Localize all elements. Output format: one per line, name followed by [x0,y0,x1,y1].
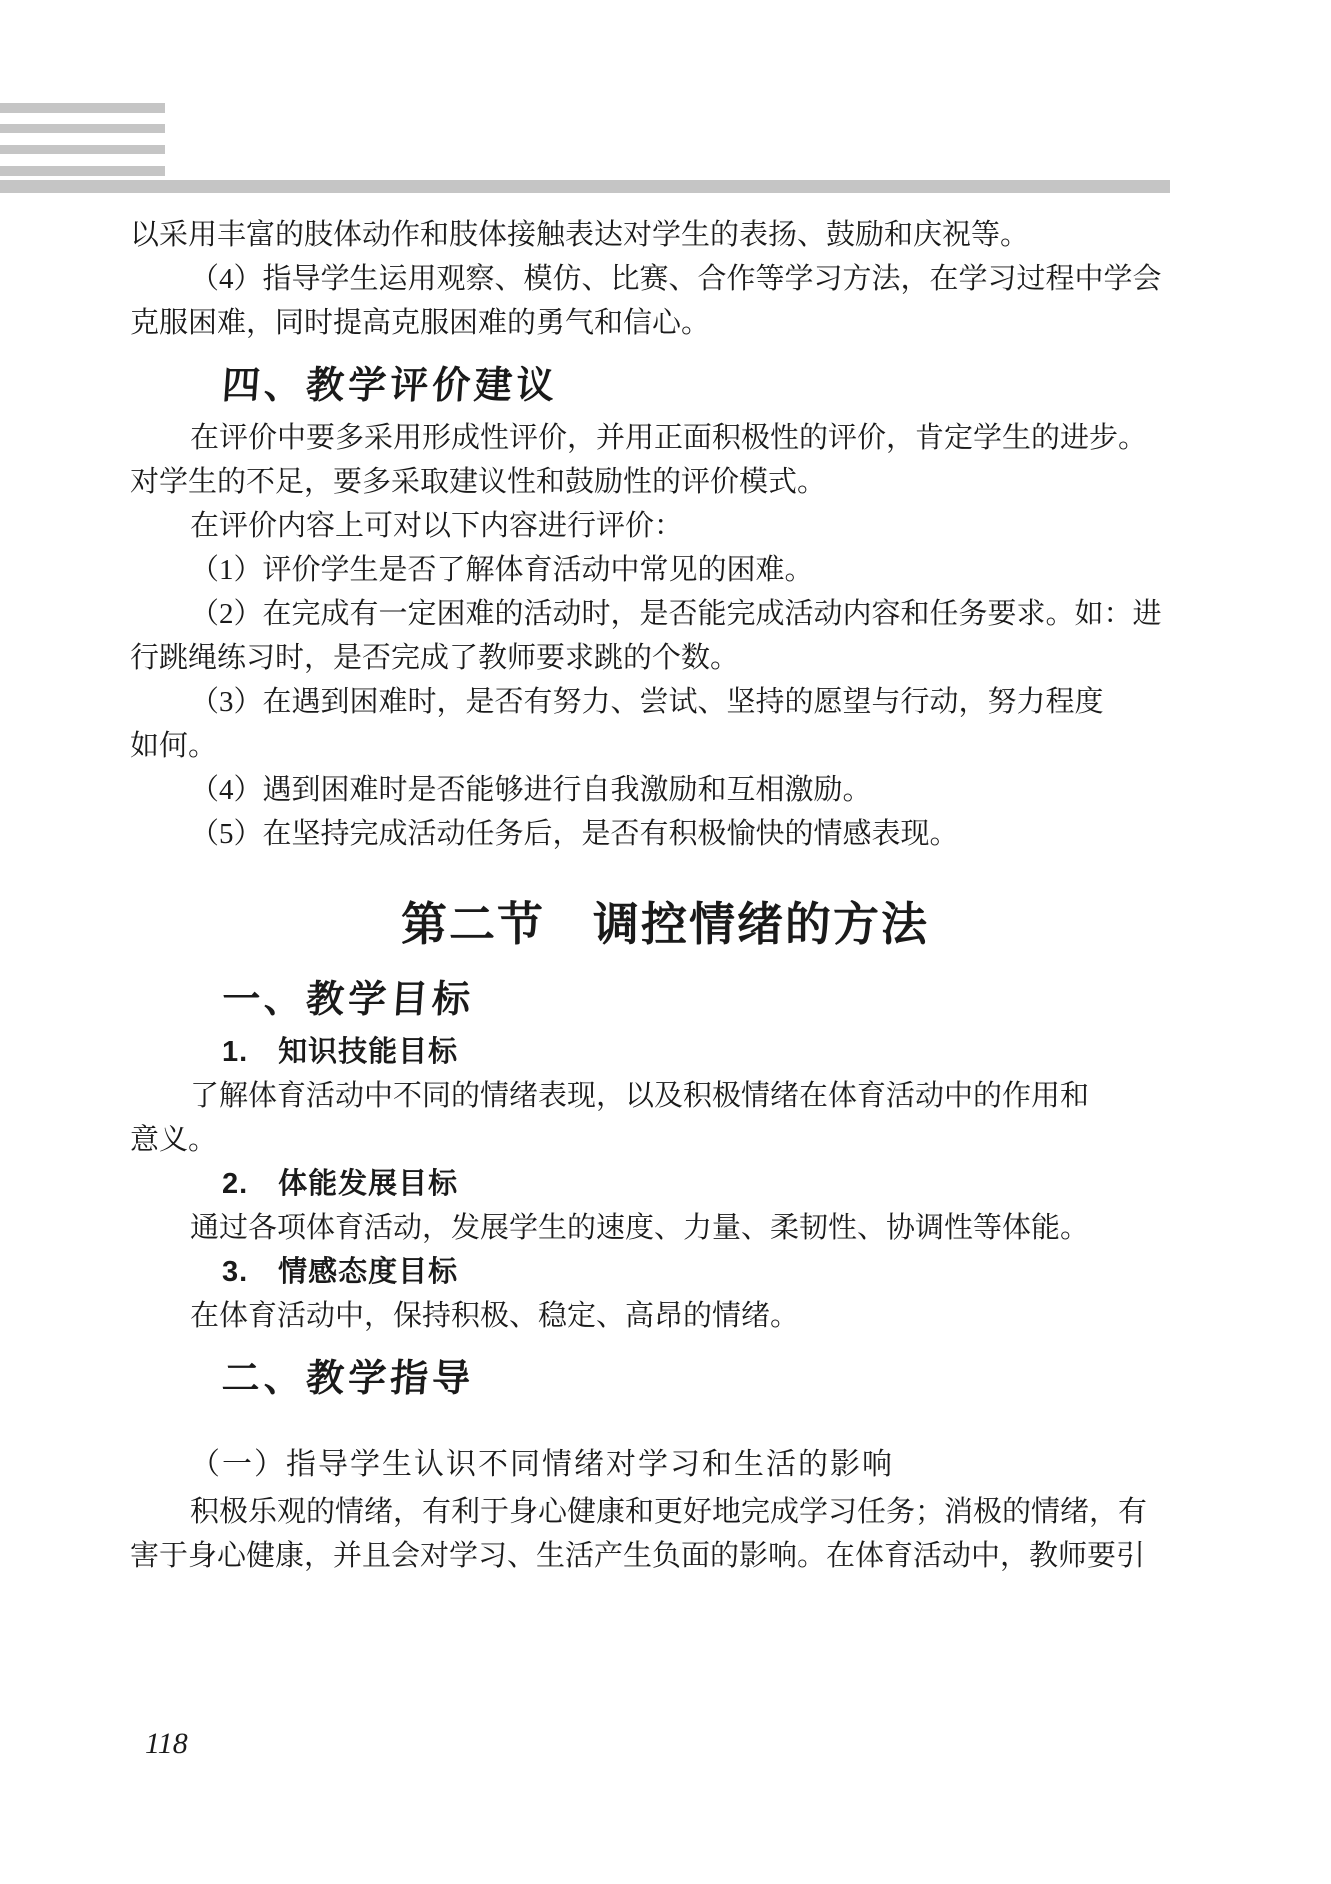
decoration-bar-3 [0,145,165,154]
document-page: 以采用丰富的肢体动作和肢体接触表达对学生的表扬、鼓励和庆祝等。 （4）指导学生运… [0,0,1331,1884]
guidance-paragraph: 积极乐观的情绪，有利于身心健康和更好地完成学习任务；消极的情绪，有 害于身心健康… [130,1490,1200,1578]
eval-paragraph-1: 在评价中要多采用形成性评价，并用正面积极性的评价，肯定学生的进步。 对学生的不足… [130,416,1200,504]
decoration-bar-2 [0,124,165,133]
decoration-bar-1 [0,103,165,113]
decoration-bar-long [0,180,1170,193]
page-content: 以采用丰富的肢体动作和肢体接触表达对学生的表扬、鼓励和庆祝等。 （4）指导学生运… [130,213,1200,1578]
goal-1-label: 1. 知识技能目标 [222,1030,1200,1074]
guidance-subheading: （一）指导学生认识不同情绪对学习和生活的影响 [190,1440,1200,1490]
eval-item-4: （4）遇到困难时是否能够进行自我激励和互相激励。 [130,768,1200,812]
eval-item-2: （2）在完成有一定困难的活动时，是否能完成活动内容和任务要求。如：进 行跳绳练习… [130,592,1200,680]
eval-item-1: （1）评价学生是否了解体育活动中常见的困难。 [130,548,1200,592]
goal-3-label: 3. 情感态度目标 [222,1250,1200,1294]
eval-item-5: （5）在坚持完成活动任务后，是否有积极愉快的情感表现。 [130,812,1200,856]
guidance-heading: 二、教学指导 [220,1349,1204,1409]
section-2-title: 第二节 调控情绪的方法 [130,889,1200,959]
eval-paragraph-2: 在评价内容上可对以下内容进行评价： [130,504,1200,548]
goals-heading: 一、教学目标 [220,970,1204,1030]
goal-1-text: 了解体育活动中不同的情绪表现，以及积极情绪在体育活动中的作用和 意义。 [130,1074,1200,1162]
page-number: 118 [145,1727,188,1761]
eval-section-heading: 四、教学评价建议 [220,356,1204,416]
goal-3-text: 在体育活动中，保持积极、稳定、高昂的情绪。 [130,1294,1200,1338]
decoration-bar-4 [0,166,165,176]
goal-2-text: 通过各项体育活动，发展学生的速度、力量、柔韧性、协调性等体能。 [130,1206,1200,1250]
eval-item-3: （3）在遇到困难时，是否有努力、尝试、坚持的愿望与行动，努力程度 如何。 [130,680,1200,768]
intro-continuation-paragraph: 以采用丰富的肢体动作和肢体接触表达对学生的表扬、鼓励和庆祝等。 [130,213,1200,257]
intro-item-4-paragraph: （4）指导学生运用观察、模仿、比赛、合作等学习方法，在学习过程中学会 克服困难，… [130,257,1200,345]
goal-2-label: 2. 体能发展目标 [222,1162,1200,1206]
